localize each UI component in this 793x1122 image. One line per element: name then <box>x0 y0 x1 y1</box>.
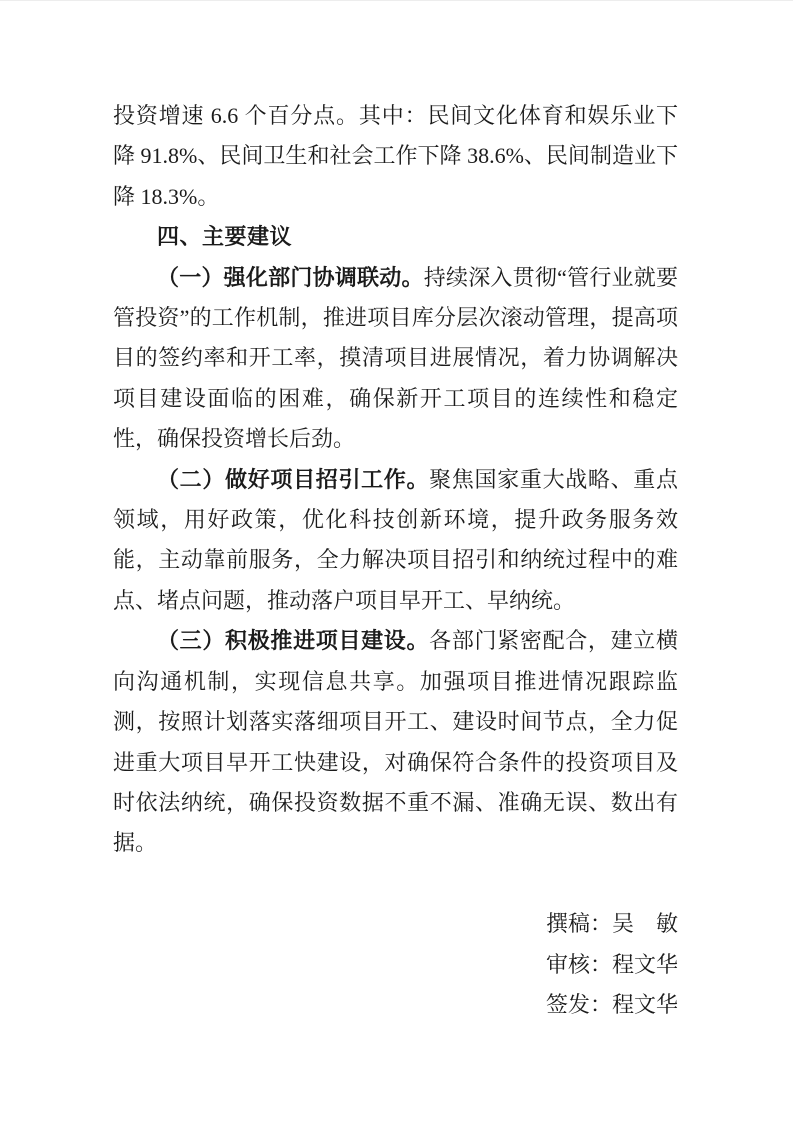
signoff-block: 撰稿：吴 敏 审核：程文华 签发：程文华 <box>113 904 678 1025</box>
recommendation-1-lead: （一）强化部门协调联动。 <box>157 265 424 290</box>
document-page: 投资增速 6.6 个百分点。其中：民间文化体育和娱乐业下降 91.8%、民间卫生… <box>0 0 793 1122</box>
signoff-issuer-name: 程文华 <box>612 992 678 1017</box>
recommendation-3-text: 各部门紧密配合，建立横向沟通机制，实现信息共享。加强项目推进情况跟踪监测，按照计… <box>113 628 678 855</box>
recommendation-paragraph-3: （三）积极推进项目建设。各部门紧密配合，建立横向沟通机制，实现信息共享。加强项目… <box>113 621 678 863</box>
body-paragraph-continuation: 投资增速 6.6 个百分点。其中：民间文化体育和娱乐业下降 91.8%、民间卫生… <box>113 96 678 217</box>
signoff-drafter-name: 吴 敏 <box>612 911 678 936</box>
recommendation-1-text: 持续深入贯彻“管行业就要管投资”的工作机制，推进项目库分层次滚动管理，提高项目的… <box>113 265 678 452</box>
signoff-reviewer-name: 程文华 <box>612 952 678 977</box>
recommendation-2-lead: （二）做好项目招引工作。 <box>157 467 429 492</box>
recommendation-paragraph-2: （二）做好项目招引工作。聚焦国家重大战略、重点领域，用好政策，优化科技创新环境，… <box>113 460 678 622</box>
signoff-issuer: 签发：程文华 <box>113 985 678 1025</box>
section-heading: 四、主要建议 <box>113 217 678 257</box>
recommendation-3-lead: （三）积极推进项目建设。 <box>157 628 429 653</box>
signoff-reviewer-label: 审核： <box>546 952 612 977</box>
signoff-drafter: 撰稿：吴 敏 <box>113 904 678 944</box>
recommendation-paragraph-1: （一）强化部门协调联动。持续深入贯彻“管行业就要管投资”的工作机制，推进项目库分… <box>113 258 678 460</box>
signoff-drafter-label: 撰稿： <box>546 911 612 936</box>
signoff-issuer-label: 签发： <box>546 992 612 1017</box>
signoff-reviewer: 审核：程文华 <box>113 945 678 985</box>
